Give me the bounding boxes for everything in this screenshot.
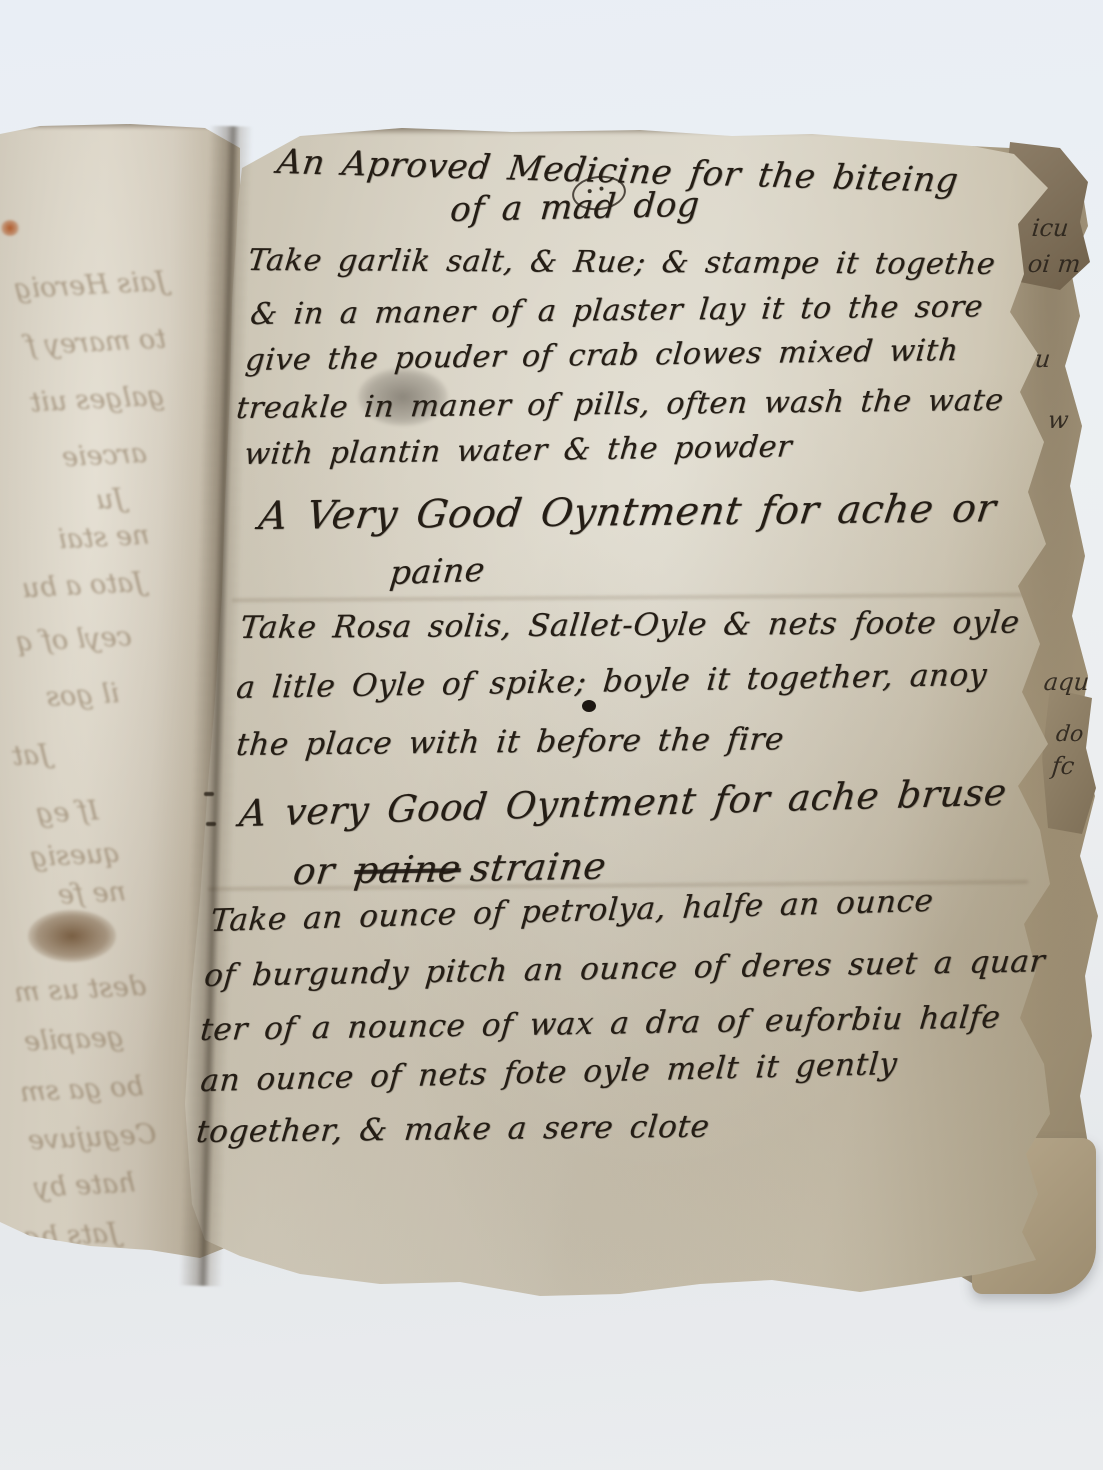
bleedthrough-line: il gos [45,678,120,713]
recipe3-line-5: together, & make a sere clote [195,1109,712,1150]
bleedthrough-line: Jats bg [23,1218,119,1254]
title-line-2: of a mad dog [449,185,702,230]
recipe2-line-3: the place with it before the fire [235,721,786,763]
torn-edge-text-fragment: icu [1031,214,1071,242]
bleedthrough-line: geapile [23,1021,124,1057]
bleedthrough-line: Cegujuve [27,1119,157,1157]
torn-edge-text-fragment: u [1034,345,1052,373]
ink-blot [582,700,596,712]
bleedthrough-line: galges uit [29,380,165,418]
binding-stitch [204,792,214,796]
binding-stitch [206,822,216,826]
torn-edge-text-fragment: w [1047,406,1070,434]
ink-smudge [28,910,116,962]
bleedthrough-line: bo ga sm [19,1071,144,1108]
bleedthrough-line: arceie [61,438,147,473]
bleedthrough-line: Ju [95,483,125,515]
bleedthrough-line: Jato a bu [21,567,144,604]
heading2-line-2: paine [388,550,487,592]
bleedthrough-line: ceyl of q [15,621,132,658]
rust-stain [0,220,20,236]
bleedthrough-line: emid [37,1264,106,1298]
torn-edge-text-fragment: fc [1051,752,1076,780]
manuscript-photo: Jais Heroig to marey f galges uit arceie… [0,0,1103,1470]
heading2-line-1: A Very Good Oyntment for ache or [256,486,999,539]
torn-edge-text-fragment: do [1055,722,1085,747]
recipe2-line-1: Take Rosa solis, Sallet-Oyle & nets foot… [238,605,1021,646]
word-or: or [291,849,337,893]
bleedthrough-line: Jais Heroig [13,266,167,305]
struck-word-paine: paine [352,847,464,892]
torn-edge-text-fragment: oi m [1027,250,1082,278]
bleedthrough-line: ne fe [57,876,126,911]
bleedthrough-line: Jat [11,739,50,772]
bleedthrough-line: uy het [27,1310,114,1345]
bleedthrough-line: quesig [29,838,121,874]
torn-edge-text-fragment: aqu [1043,668,1091,696]
bleedthrough-line: to marey f [25,323,167,361]
heading3-line-2: orpainestraine [291,845,609,894]
bleedthrough-line: hate by [33,1167,136,1203]
word-straine: straine [468,845,609,890]
bleedthrough-line: dest us m [13,971,146,1009]
fold-crease [232,593,1032,602]
bleedthrough-line: ne stai [57,520,150,556]
recipe1-line-1: Take garlik salt, & Rue; & stampe it tog… [246,243,997,282]
bleedthrough-line: If eg [35,795,99,829]
